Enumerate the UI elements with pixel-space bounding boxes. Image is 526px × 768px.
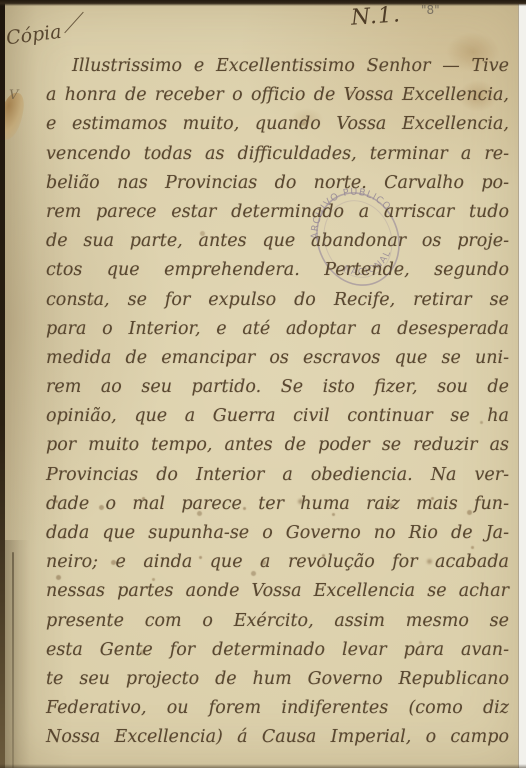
scan-background-strip <box>518 4 526 768</box>
binding-fold-shade <box>4 540 30 768</box>
handwritten-line: nessas partes aonde Vossa Excellencia se… <box>46 577 509 606</box>
handwritten-line: Federativo, ou forem indiferentes (como … <box>46 694 509 723</box>
page-bottom-edge <box>0 764 526 768</box>
handwritten-line: para o Interior, e até adoptar a desespe… <box>46 315 509 344</box>
page-top-edge <box>0 0 526 6</box>
handwritten-line: por muito tempo, antes de poder se reduz… <box>46 431 509 460</box>
handwritten-line: e estimamos muito, quando Vossa Excellen… <box>46 110 509 139</box>
handwritten-line: opinião, que a Guerra civil continuar se… <box>46 402 509 431</box>
letter-body: Illustrissimo e Excellentissimo Senhor —… <box>46 52 509 753</box>
scanned-manuscript-page: ARCHIVO PÚBLICO NACIONAL Cópia V N.1. "8… <box>0 0 526 768</box>
handwritten-line: Illustrissimo e Excellentissimo Senhor —… <box>46 52 509 81</box>
handwritten-line: Nossa Excellencia) á Causa Imperial, o c… <box>46 723 509 752</box>
handwritten-line: te seu projecto de hum Governo Republica… <box>46 665 509 694</box>
handwritten-line: medida de emancipar os escravos que se u… <box>46 344 509 373</box>
handwritten-line: de sua parte, antes que abandonar os pro… <box>46 227 509 256</box>
handwritten-line: vencendo todas as difficuldades, termina… <box>46 140 509 169</box>
check-mark: V <box>9 88 18 103</box>
page-number: N.1. <box>350 2 401 30</box>
handwritten-line: rem ao seu partido. Se isto fizer, sou d… <box>46 373 509 402</box>
handwritten-line: ctos que emprehendera. Pertende, segundo <box>46 256 509 285</box>
handwritten-line: rem parece estar determinado a arriscar … <box>46 198 509 227</box>
page-binding-edge <box>0 0 5 768</box>
handwritten-line: belião nas Provincias do norte. Carvalho… <box>46 169 509 198</box>
handwritten-line: a honra de receber o officio de Vossa Ex… <box>46 81 509 110</box>
handwritten-line: dada que supunha-se o Governo no Rio de … <box>46 519 509 548</box>
handwritten-line: Provincias do Interior a obediencia. Na … <box>46 461 509 490</box>
handwritten-line: presente com o Exército, assim mesmo se <box>46 607 509 636</box>
handwritten-line: consta, se for expulso do Recife, retira… <box>46 286 509 315</box>
handwritten-line: dade o mal parece ter huma raiz mais fun… <box>46 490 509 519</box>
handwritten-line: neiro; e ainda que a revolução for acaba… <box>46 548 509 577</box>
binding-crease-line <box>12 552 14 768</box>
handwritten-line: esta Gente for determinado levar para av… <box>46 636 509 665</box>
